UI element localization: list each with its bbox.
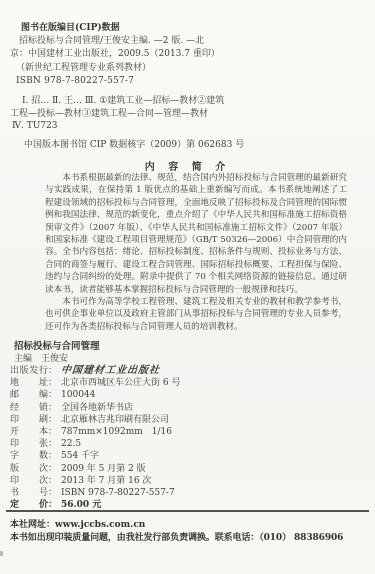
colon: ： bbox=[48, 476, 57, 486]
pub-label: 经销 bbox=[10, 402, 48, 414]
cip-publisher-line: 京：中国建材工业出版社，2009.5（2013.7 重印） bbox=[10, 48, 367, 61]
cip-isbn-line: ISBN 978-7-80227-557-7 bbox=[16, 75, 367, 88]
pub-value: 2009 年 5 月第 2 版 bbox=[61, 464, 146, 474]
pub-value: 全国各地新华书店 bbox=[61, 403, 133, 413]
summary-paragraph: 本书可作为高等学校工程管理、建筑工程及相关专业的教材和教学参考书，也可供企事业单… bbox=[45, 296, 347, 333]
colon: ： bbox=[48, 378, 57, 388]
colon: ： bbox=[48, 390, 57, 400]
pub-value: 2013 年 7 月第 16 次 bbox=[61, 476, 151, 486]
pub-value: 56.00 元 bbox=[61, 500, 101, 510]
summary-paragraph: 本书系根据最新的法律、规范，结合国内外招标投标与合同管理的最新研究与实践成果，在… bbox=[45, 172, 347, 296]
pub-value: 22.5 bbox=[61, 439, 81, 449]
pub-label: 印张 bbox=[10, 438, 48, 450]
pub-value: 100044 bbox=[61, 390, 95, 400]
pub-label: 字数 bbox=[10, 450, 48, 462]
pub-label: 开本 bbox=[10, 426, 48, 438]
pub-row-address: 地址：北京市西城区车公庄大街 6 号 bbox=[10, 377, 367, 389]
summary-title: 内 容 简 介 bbox=[0, 158, 375, 173]
pub-row-format: 开本：787mm×1092mm 1/16 bbox=[10, 426, 367, 438]
pub-label: 出版发行 bbox=[10, 365, 48, 377]
pub-row-postcode: 邮编：100044 bbox=[10, 389, 367, 401]
pub-row-distribution: 经销：全国各地新华书店 bbox=[10, 402, 367, 414]
publisher-logotype: 中国建材工业出版社 bbox=[60, 365, 160, 377]
cip-title-line: 招标投标与合同管理/王俊安主编. —2 版. —北 bbox=[19, 35, 367, 48]
cip-block: 图书在版编目(CIP)数据 招标投标与合同管理/王俊安主编. —2 版. —北 … bbox=[10, 22, 367, 88]
editor-name: 王俊安 bbox=[41, 354, 68, 364]
scan-artifact bbox=[0, 551, 3, 556]
colon: ： bbox=[48, 415, 57, 425]
publication-info-list: 出版发行：中国建材工业出版社 地址：北京市西城区车公庄大街 6 号 邮编：100… bbox=[10, 365, 367, 511]
pub-label: 邮编 bbox=[10, 389, 48, 401]
colon: ： bbox=[48, 451, 57, 461]
pub-label: 地址 bbox=[10, 377, 48, 389]
colon: ： bbox=[48, 464, 57, 474]
editor-line: 主编王俊安 bbox=[14, 351, 68, 364]
classification-line: Ⅳ. TU723 bbox=[12, 120, 367, 133]
colon: ： bbox=[48, 500, 57, 510]
cip-record-number: 中国版本图书馆 CIP 数据核字（2009）第 062683 号 bbox=[24, 137, 244, 150]
pub-label: 版次 bbox=[10, 463, 48, 475]
pub-row-edition: 版次：2009 年 5 月第 2 版 bbox=[10, 463, 367, 475]
colon: ： bbox=[48, 439, 57, 449]
pub-row-wordcount: 字数：554 千字 bbox=[10, 450, 367, 462]
pub-row-impression: 印次：2013 年 7 月第 16 次 bbox=[10, 475, 367, 487]
classification-line: 工程—投标—教材③建筑工程—合同—管理—教材 bbox=[10, 108, 367, 121]
pub-value: 北京雁林吉兆印刷有限公司 bbox=[61, 415, 169, 425]
pub-value: 554 千字 bbox=[61, 451, 99, 461]
divider-line bbox=[6, 510, 369, 512]
publisher-website-line: 本社网址：www.jccbs.com.cn bbox=[10, 517, 145, 530]
pub-value: 787mm×1092mm 1/16 bbox=[61, 427, 172, 437]
pub-row-sheets: 印张：22.5 bbox=[10, 438, 367, 450]
quality-notice-line: 本书如出现印装质量问题，由我社发行部负责调换。联系电话：（010） 883869… bbox=[10, 530, 343, 543]
pub-label: 印刷 bbox=[10, 414, 48, 426]
book-title: 招标投标与合同管理 bbox=[14, 338, 100, 352]
pub-label: 书号 bbox=[10, 487, 48, 499]
scanned-copyright-page: { "page": { "background": "#f6f5f2", "in… bbox=[0, 0, 375, 574]
classification-line: Ⅰ. 招… Ⅱ. 王… Ⅲ. ①建筑工业—招标—教材②建筑 bbox=[22, 95, 367, 108]
pub-row-printer: 印刷：北京雁林吉兆印刷有限公司 bbox=[10, 414, 367, 426]
colon: ： bbox=[48, 427, 57, 437]
pub-row-isbn: 书号：ISBN 978-7-80227-557-7 bbox=[10, 487, 367, 499]
cip-classification-block: Ⅰ. 招… Ⅱ. 王… Ⅲ. ①建筑工业—招标—教材②建筑 工程—投标—教材③建… bbox=[10, 95, 367, 133]
editor-label: 主编 bbox=[14, 354, 32, 364]
pub-value: 北京市西城区车公庄大街 6 号 bbox=[61, 378, 180, 388]
colon: ： bbox=[48, 403, 57, 413]
colon: ： bbox=[48, 366, 57, 376]
cip-heading: 图书在版编目(CIP)数据 bbox=[21, 22, 367, 35]
pub-label: 印次 bbox=[10, 475, 48, 487]
cip-series-line: （新世纪工程管理专业系列教材） bbox=[16, 62, 367, 75]
summary-block: 本书系根据最新的法律、规范，结合国内外招标投标与合同管理的最新研究与实践成果，在… bbox=[45, 172, 347, 333]
pub-row-publisher: 出版发行：中国建材工业出版社 bbox=[10, 365, 367, 377]
colon: ： bbox=[48, 488, 57, 498]
pub-value: ISBN 978-7-80227-557-7 bbox=[61, 488, 175, 498]
